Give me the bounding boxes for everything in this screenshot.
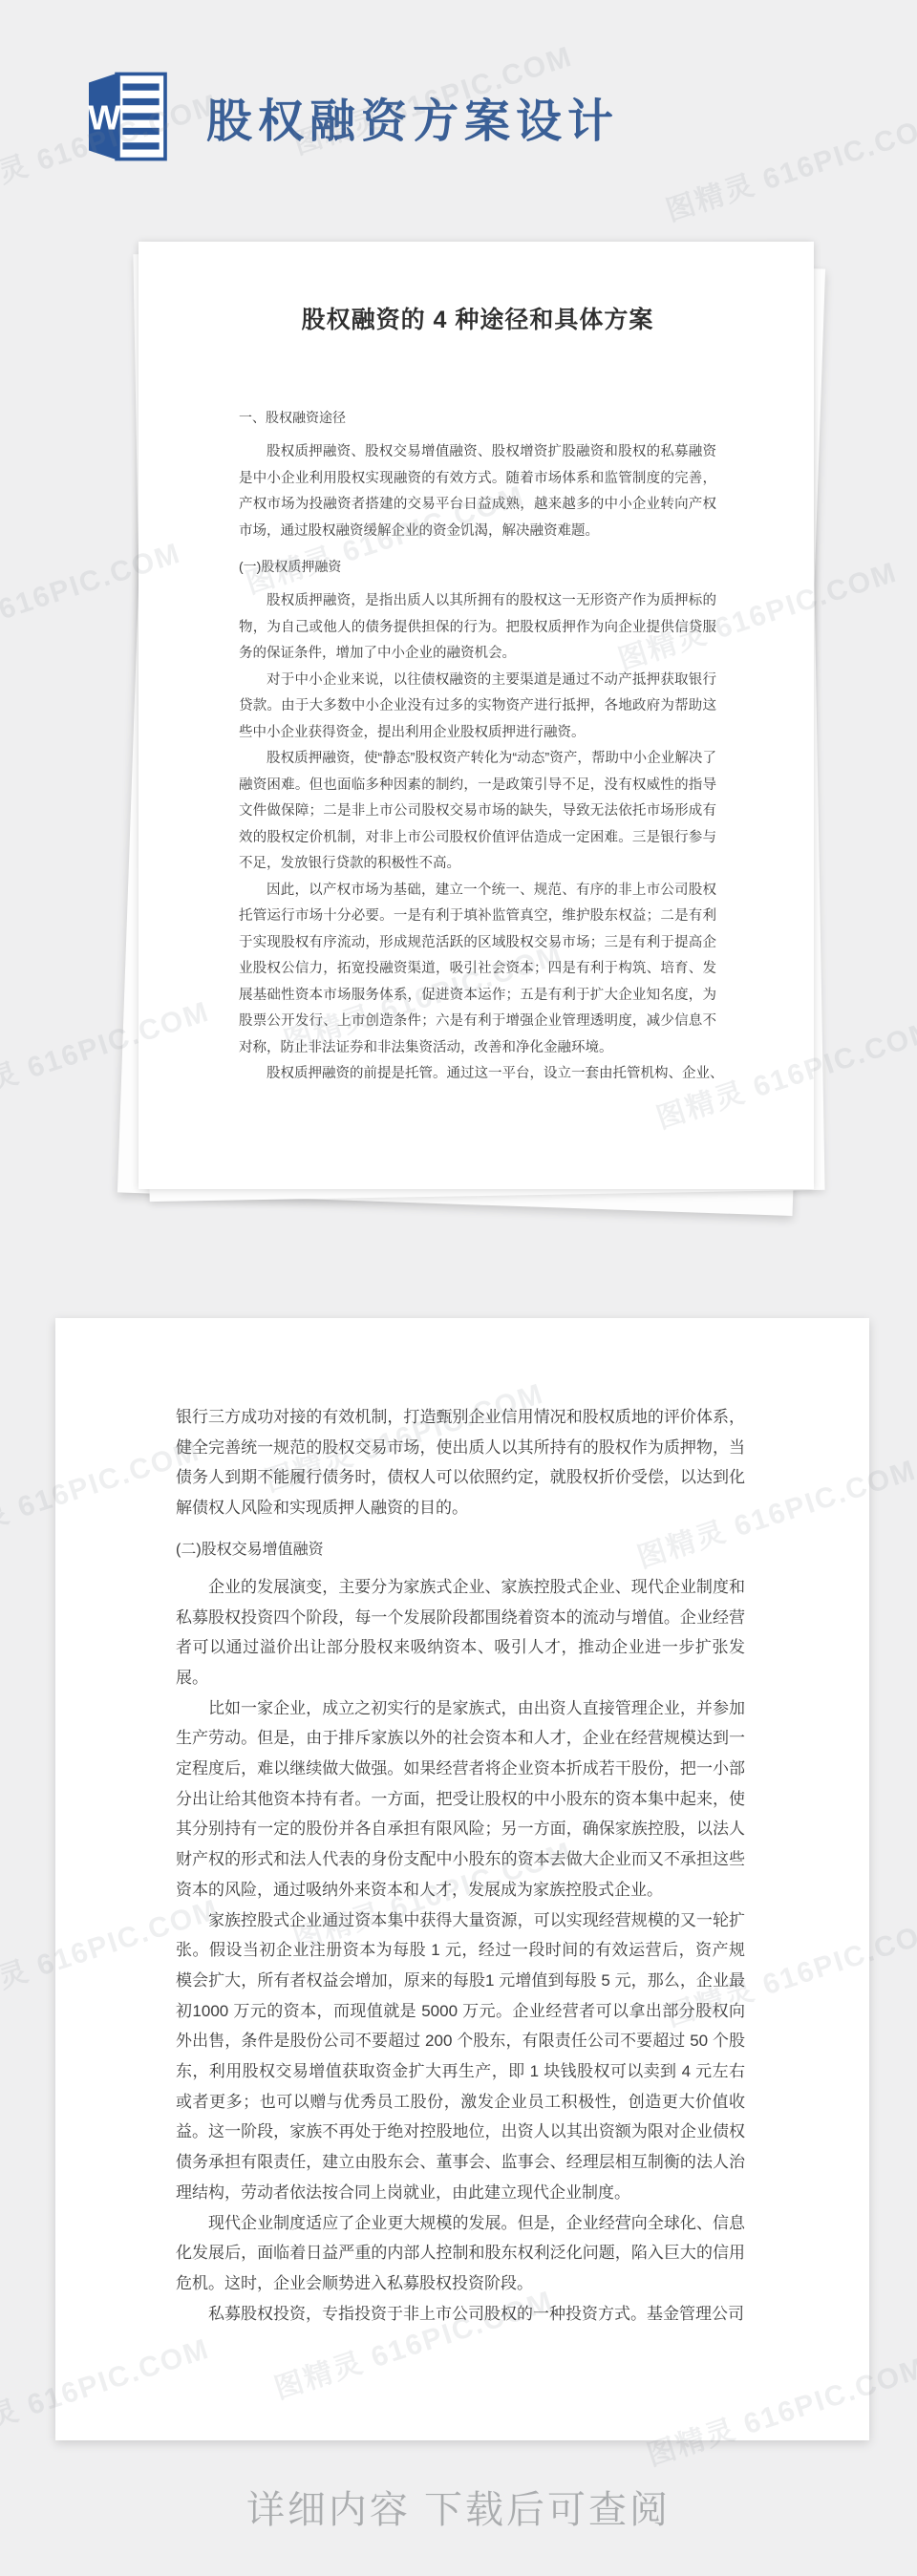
- doc-paragraph: 现代企业制度适应了企业更大规模的发展。但是，企业经营向全球化、信息化发展后，面临…: [176, 2208, 745, 2299]
- word-icon-letter: W: [88, 98, 121, 138]
- site-header: W 股权融资方案设计: [82, 69, 619, 164]
- word-icon-line: [122, 128, 159, 135]
- word-icon-line: [122, 83, 159, 90]
- doc-paragraph: 股权质押融资、股权交易增值融资、股权增资扩股融资和股权的私募融资是中小企业利用股…: [239, 439, 716, 544]
- word-icon-line: [122, 113, 159, 119]
- doc-title: 股权融资的 4 种途径和具体方案: [239, 301, 716, 335]
- document-preview-page-1: 股权融资的 4 种途径和具体方案 一、股权融资途径 股权质押融资、股权交易增值融…: [139, 242, 814, 1189]
- doc-paragraph: 股权质押融资，使“静态”股权资产转化为“动态”资产，帮助中小企业解决了融资困难。…: [239, 746, 716, 878]
- doc-paragraph: 对于中小企业来说，以往债权融资的主要渠道是通过不动产抵押获取银行贷款。由于大多数…: [239, 668, 716, 747]
- word-icon: W: [82, 69, 172, 164]
- doc-paragraph: 家族控股式企业通过资本集中获得大量资源，可以实现经营规模的又一轮扩张。假设当初企…: [176, 1905, 745, 2208]
- document-preview-page-2: 银行三方成功对接的有效机制，打造甄别企业信用情况和股权质地的评价体系，健全完善统…: [55, 1318, 869, 2440]
- doc-paragraph: 股权质押融资，是指出质人以其所拥有的股权这一无形资产作为质押标的物，为自己或他人…: [239, 588, 716, 668]
- doc-paragraph-cutoff: 私募股权投资，专指投资于非上市公司股权的一种投资方式。基金管理公司: [176, 2299, 745, 2330]
- doc-paragraph: 比如一家企业，成立之初实行的是家族式，由出资人直接管理企业，并参加生产劳动。但是…: [176, 1693, 745, 1905]
- doc-paragraph-cutoff: 股权质押融资的前提是托管。通过这一平台，设立一套由托管机构、企业、: [239, 1061, 716, 1088]
- page-title: 股权融资方案设计: [206, 84, 619, 150]
- word-icon-line: [122, 142, 159, 149]
- doc-paragraph: 银行三方成功对接的有效机制，打造甄别企业信用情况和股权质地的评价体系，健全完善统…: [176, 1402, 745, 1523]
- watermark-text: 图精灵 616PIC.COM: [660, 99, 917, 229]
- document-preview-stack: 股权融资的 4 种途径和具体方案 一、股权融资途径 股权质押融资、股权交易增值融…: [139, 242, 814, 1189]
- footer-note: 详细内容 下载后可查阅: [0, 2480, 917, 2534]
- doc-paragraph: 企业的发展演变，主要分为家族式企业、家族控股式企业、现代企业制度和私募股权投资四…: [176, 1572, 745, 1693]
- document-preview-screen: { "watermark": { "text": "图精灵 616PIC.COM…: [0, 0, 917, 2576]
- doc-paragraph: 因此，以产权市场为基础，建立一个统一、规范、有序的非上市公司股权托管运行市场十分…: [239, 878, 716, 1062]
- section-heading: (一)股权质押融资: [239, 557, 716, 576]
- word-icon-line: [122, 98, 159, 105]
- section-heading: 一、股权融资途径: [239, 408, 716, 427]
- section-heading: (二)股权交易增值融资: [176, 1537, 745, 1559]
